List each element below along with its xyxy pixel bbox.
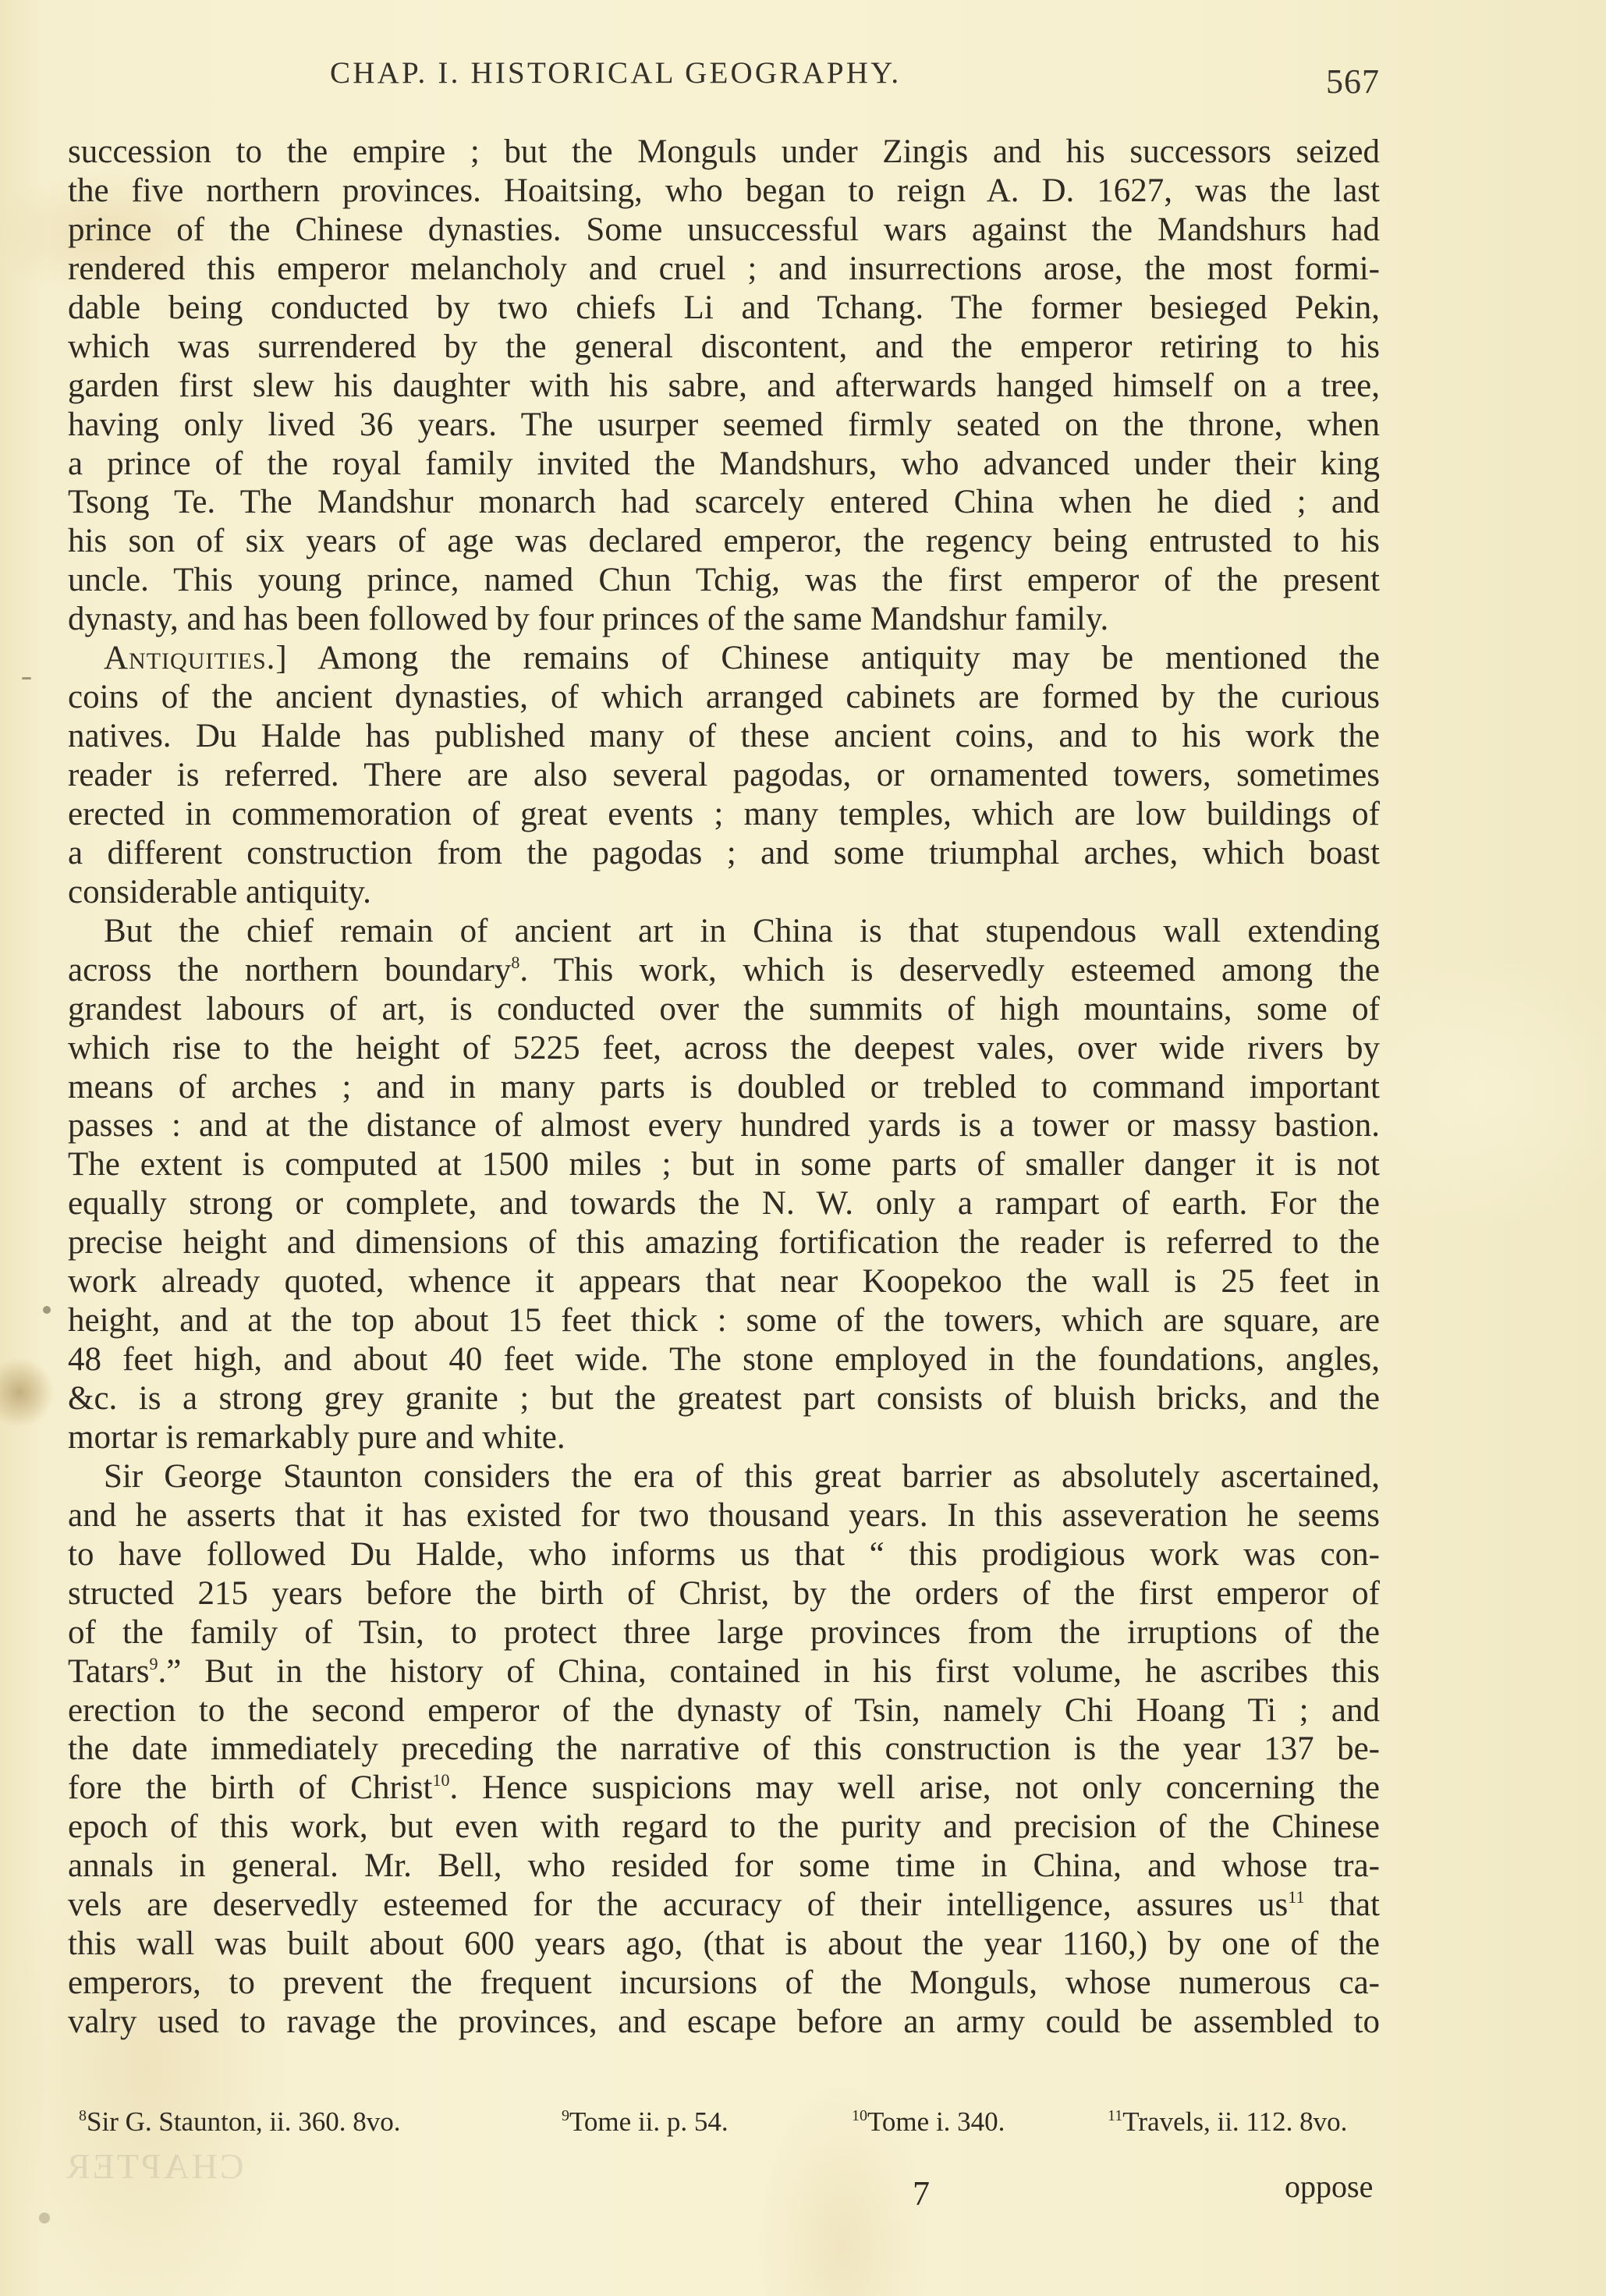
text-line: grandest labours of art, is conducted ov… [68, 990, 1380, 1029]
text-line: height, and at the top about 15 feet thi… [68, 1301, 1380, 1340]
text-line: having only lived 36 years. The usurper … [68, 406, 1380, 445]
text-line: the five northern provinces. Hoaitsing, … [68, 172, 1380, 211]
text-line: to have followed Du Halde, who informs u… [68, 1535, 1380, 1574]
text-line: garden first slew his daughter with his … [68, 367, 1380, 406]
text-line: across the northern boundary8. This work… [68, 951, 1380, 990]
line-text: this wall was built about 600 years ago,… [68, 1925, 1380, 1962]
body-text: succession to the empire ; but the Mongu… [68, 133, 1380, 2042]
line-text: But the chief remain of ancient art in C… [104, 913, 1380, 949]
line-text: The extent is computed at 1500 miles ; b… [68, 1146, 1380, 1183]
text-line: emperors, to prevent the frequent incurs… [68, 1964, 1380, 2003]
line-text: to have followed Du Halde, who informs u… [68, 1536, 1380, 1573]
ink-speck [22, 677, 31, 680]
text-line: which was surrendered by the general dis… [68, 328, 1380, 367]
section-heading: Antiquities.] [104, 640, 288, 676]
line-text: the five northern provinces. Hoaitsing, … [68, 172, 1380, 209]
text-line: passes : and at the distance of almost e… [68, 1106, 1380, 1145]
line-text: fore the birth of Christ [68, 1769, 432, 1806]
line-text: vels are deservedly esteemed for the acc… [68, 1886, 1288, 1923]
text-line: precise height and dimensions of this am… [68, 1223, 1380, 1262]
line-text: considerable antiquity. [68, 874, 371, 910]
line-text: erected in commemoration of great events… [68, 796, 1380, 832]
line-text: Tsong Te. The Mandshur monarch had scarc… [68, 484, 1380, 520]
line-text: rendered this emperor melancholy and cru… [68, 250, 1380, 287]
text-line: fore the birth of Christ10. Hence suspic… [68, 1769, 1380, 1808]
page-number: 567 [1326, 62, 1380, 101]
line-text: reader is referred. There are also sever… [68, 757, 1380, 793]
line-text: . This work, which is deservedly esteeme… [519, 952, 1380, 988]
line-text: Tatars [68, 1653, 149, 1690]
line-text: which was surrendered by the general dis… [68, 328, 1380, 365]
text-line: Tsong Te. The Mandshur monarch had scarc… [68, 483, 1380, 522]
line-text: that [1304, 1886, 1380, 1923]
line-text: passes : and at the distance of almost e… [68, 1107, 1380, 1144]
line-text: coins of the ancient dynasties, of which… [68, 679, 1380, 715]
line-text: valry used to ravage the provinces, and … [68, 2003, 1380, 2040]
ink-speck [39, 2213, 50, 2223]
line-text: .” But in the history of China, containe… [158, 1653, 1380, 1690]
text-line: mortar is remarkably pure and white. [68, 1418, 1380, 1457]
text-line: a prince of the royal family invited the… [68, 445, 1380, 484]
text-line: vels are deservedly esteemed for the acc… [68, 1886, 1380, 1925]
ink-speck [43, 1306, 51, 1314]
line-text: uncle. This young prince, named Chun Tch… [68, 562, 1380, 598]
line-text: means of arches ; and in many parts is d… [68, 1069, 1380, 1105]
line-text: a prince of the royal family invited the… [68, 445, 1380, 482]
line-text: structed 215 years before the birth of C… [68, 1575, 1380, 1612]
text-line: uncle. This young prince, named Chun Tch… [68, 561, 1380, 600]
text-line: Tatars9.” But in the history of China, c… [68, 1652, 1380, 1691]
line-text: dable being conducted by two chiefs Li a… [68, 289, 1380, 326]
text-line: considerable antiquity. [68, 873, 1380, 912]
text-line: and he asserts that it has existed for t… [68, 1496, 1380, 1535]
line-text: garden first slew his daughter with his … [68, 367, 1380, 404]
line-text: and he asserts that it has existed for t… [68, 1497, 1380, 1534]
text-line: this wall was built about 600 years ago,… [68, 1925, 1380, 1964]
line-text: mortar is remarkably pure and white. [68, 1419, 565, 1456]
text-line: valry used to ravage the provinces, and … [68, 2003, 1380, 2042]
line-text: annals in general. Mr. Bell, who resided… [68, 1847, 1380, 1884]
footnote-reference[interactable]: 9 [149, 1654, 158, 1673]
text-line: work already quoted, whence it appears t… [68, 1262, 1380, 1301]
text-line: the date immediately preceding the narra… [68, 1730, 1380, 1769]
text-line: coins of the ancient dynasties, of which… [68, 678, 1380, 717]
text-line: But the chief remain of ancient art in C… [68, 912, 1380, 951]
footnote-reference[interactable]: 8 [511, 953, 519, 972]
line-text: &c. is a strong grey granite ; but the g… [68, 1380, 1380, 1417]
text-line: erection to the second emperor of the dy… [68, 1691, 1380, 1730]
text-line: erected in commemoration of great events… [68, 795, 1380, 834]
line-text: succession to the empire ; but the Mongu… [68, 133, 1380, 170]
line-text: the date immediately preceding the narra… [68, 1730, 1380, 1767]
text-line: his son of six years of age was declared… [68, 522, 1380, 561]
line-text: having only lived 36 years. The usurper … [68, 406, 1380, 443]
footnote-reference[interactable]: 10 [432, 1770, 449, 1790]
line-text: dynasty, and has been followed by four p… [68, 601, 1108, 637]
line-text: Sir George Staunton considers the era of… [104, 1458, 1380, 1495]
text-line: dynasty, and has been followed by four p… [68, 600, 1380, 639]
line-text: work already quoted, whence it appears t… [68, 1263, 1380, 1300]
line-text: a different construction from the pagoda… [68, 835, 1380, 871]
line-text: emperors, to prevent the frequent incurs… [68, 1964, 1380, 2001]
text-line: equally strong or complete, and towards … [68, 1184, 1380, 1223]
text-line: of the family of Tsin, to protect three … [68, 1613, 1380, 1652]
text-line: rendered this emperor melancholy and cru… [68, 250, 1380, 289]
text-line: epoch of this work, but even with regard… [68, 1808, 1380, 1847]
line-text: . Hence suspicions may well arise, not o… [449, 1769, 1380, 1806]
running-head: CHAP. I. HISTORICAL GEOGRAPHY. 567 [0, 0, 1606, 109]
chapter-title: CHAP. I. HISTORICAL GEOGRAPHY. [330, 56, 901, 90]
text-line: succession to the empire ; but the Mongu… [68, 133, 1380, 172]
line-text: natives. Du Halde has published many of … [68, 718, 1380, 754]
line-text: his son of six years of age was declared… [68, 523, 1380, 559]
line-text: prince of the Chinese dynasties. Some un… [68, 211, 1380, 248]
line-text: precise height and dimensions of this am… [68, 1224, 1380, 1261]
text-line: reader is referred. There are also sever… [68, 756, 1380, 795]
text-line: The extent is computed at 1500 miles ; b… [68, 1145, 1380, 1184]
text-line: annals in general. Mr. Bell, who resided… [68, 1847, 1380, 1886]
line-text: epoch of this work, but even with regard… [68, 1808, 1380, 1845]
text-line: which rise to the height of 5225 feet, a… [68, 1029, 1380, 1068]
text-line: prince of the Chinese dynasties. Some un… [68, 211, 1380, 250]
line-text: equally strong or complete, and towards … [68, 1185, 1380, 1222]
line-text: which rise to the height of 5225 feet, a… [68, 1030, 1380, 1066]
text-line: Antiquities.] Among the remains of Chine… [68, 639, 1380, 678]
text-line: &c. is a strong grey granite ; but the g… [68, 1379, 1380, 1418]
line-text: height, and at the top about 15 feet thi… [68, 1302, 1380, 1339]
text-line: means of arches ; and in many parts is d… [68, 1068, 1380, 1107]
line-text: across the northern boundary [68, 952, 511, 988]
text-line: Sir George Staunton considers the era of… [68, 1457, 1380, 1496]
line-text: Among the remains of Chinese antiquity m… [288, 640, 1380, 676]
text-line: a different construction from the pagoda… [68, 834, 1380, 873]
text-line: natives. Du Halde has published many of … [68, 717, 1380, 756]
text-line: dable being conducted by two chiefs Li a… [68, 289, 1380, 328]
line-text: of the family of Tsin, to protect three … [68, 1614, 1380, 1651]
footnote-reference[interactable]: 11 [1288, 1887, 1304, 1907]
text-line: structed 215 years before the birth of C… [68, 1574, 1380, 1613]
text-line: 48 feet high, and about 40 feet wide. Th… [68, 1340, 1380, 1379]
line-text: 48 feet high, and about 40 feet wide. Th… [68, 1341, 1380, 1378]
line-text: erection to the second emperor of the dy… [68, 1692, 1380, 1729]
line-text: grandest labours of art, is conducted ov… [68, 991, 1380, 1027]
bleed-through-text: CHAPTER [64, 2145, 244, 2187]
